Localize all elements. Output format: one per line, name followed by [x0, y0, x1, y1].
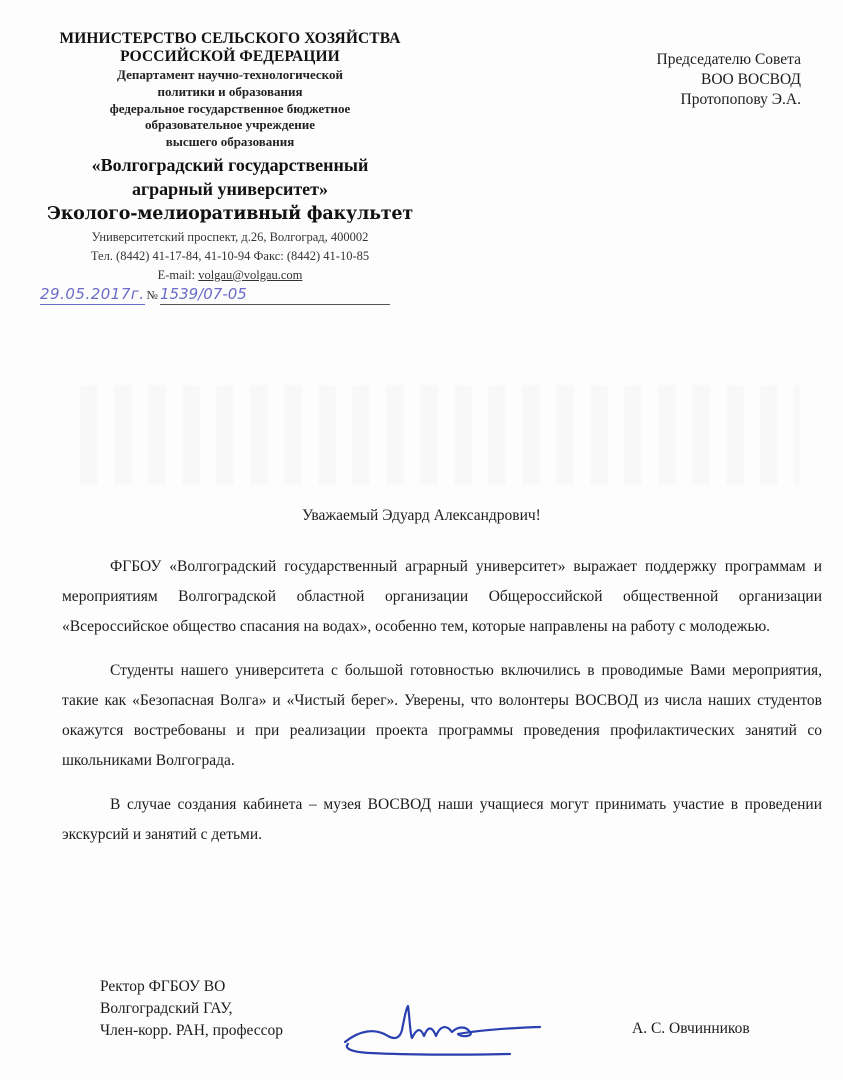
paper-bleed-through [80, 385, 800, 485]
registration-number: 1539/07-05 [160, 286, 390, 304]
number-sign: № [147, 288, 158, 302]
address: Университетский проспект, д.26, Волгогра… [20, 228, 440, 247]
letter-body: ФГБОУ «Волгоградский государственный агр… [62, 552, 822, 864]
body-paragraph: В случае создания кабинета – музея ВОСВО… [62, 790, 822, 850]
addressee-block: Председателю Совета ВОО ВОСВОД Протопопо… [657, 50, 802, 110]
signer-name: А. С. Овчинников [632, 1020, 750, 1038]
body-paragraph: ФГБОУ «Волгоградский государственный агр… [62, 552, 822, 642]
ministry-name: МИНИСТЕРСТВО СЕЛЬСКОГО ХОЗЯЙСТВА РОССИЙС… [20, 30, 440, 66]
email-link[interactable]: volgau@volgau.com [198, 268, 302, 282]
department-name: Департамент научно-технологической полит… [20, 68, 440, 151]
email-line: E-mail: volgau@volgau.com [20, 266, 440, 285]
body-paragraph: Студенты нашего университета с большой г… [62, 656, 822, 776]
signatory-title: Ректор ФГБОУ ВО Волгоградский ГАУ, Член-… [100, 976, 283, 1042]
letter-page: МИНИСТЕРСТВО СЕЛЬСКОГО ХОЗЯЙСТВА РОССИЙС… [0, 0, 843, 1080]
registration-line: 29.05.2017г.№1539/07-05 [20, 286, 440, 308]
salutation: Уважаемый Эдуард Александрович! [0, 507, 843, 525]
email-label: E-mail: [158, 268, 199, 282]
university-name: «Волгоградский государственный аграрный … [20, 154, 440, 201]
contact-info: Университетский проспект, д.26, Волгогра… [20, 228, 440, 284]
handwritten-signature-icon [340, 1000, 550, 1060]
phones: Тел. (8442) 41-17-84, 41-10-94 Факс: (84… [20, 247, 440, 266]
letterhead: МИНИСТЕРСТВО СЕЛЬСКОГО ХОЗЯЙСТВА РОССИЙС… [20, 30, 440, 308]
faculty-name: Эколого-мелиоративный факультет [20, 204, 440, 224]
registration-date: 29.05.2017г. [40, 286, 145, 304]
